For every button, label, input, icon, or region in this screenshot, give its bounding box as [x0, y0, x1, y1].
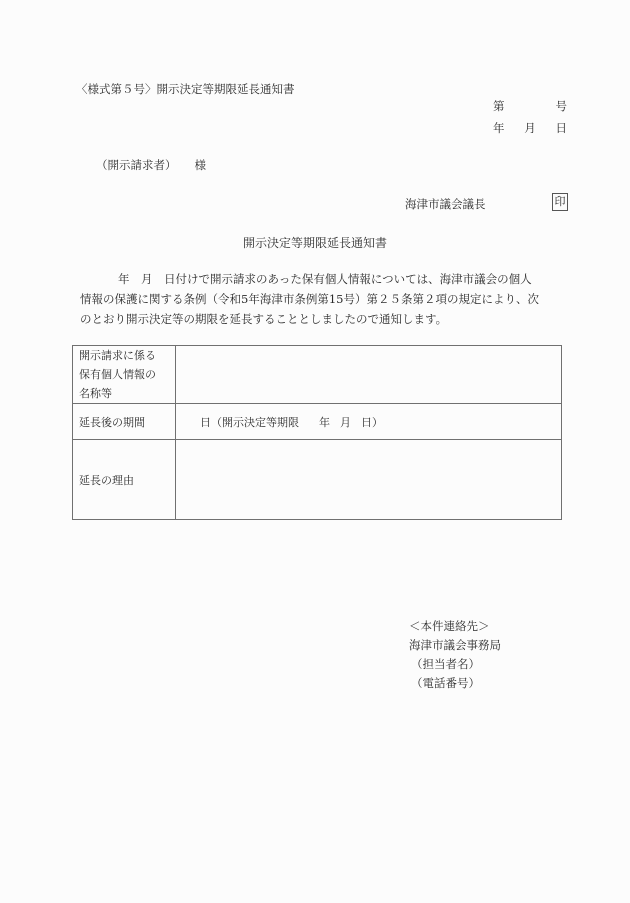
notice-body: 年 月 日付けで開示請求のあった保有個人情報については、海津市議会の個人 情報の… [80, 269, 570, 329]
table-row-extended-period: 延長後の期間 日（開示決定等期限年月日） [73, 404, 562, 440]
period-year: 年 [319, 416, 330, 429]
seal-stamp-icon: 印 [552, 193, 568, 211]
period-day: 日） [361, 416, 383, 429]
contact-heading: ＜本件連絡先＞ [409, 617, 501, 636]
number-prefix: 第 [493, 98, 505, 114]
extension-details-table: 開示請求に係る 保有個人情報の 名称等 延長後の期間 日（開示決定等期限年月日）… [72, 345, 562, 520]
label-line: 保有個人情報の [79, 365, 169, 384]
period-days: 日 [200, 416, 211, 429]
table-row-info-name: 開示請求に係る 保有個人情報の 名称等 [73, 346, 562, 404]
document-number-line: 第 号 [493, 98, 567, 114]
document-date-line: 年 月 日 [493, 120, 567, 136]
form-number-label: 〈様式第５号〉開示決定等期限延長通知書 [76, 81, 295, 97]
contact-office: 海津市議会事務局 [409, 636, 501, 655]
value-reason[interactable] [176, 440, 562, 520]
contact-info: ＜本件連絡先＞ 海津市議会事務局 （担当者名） （電話番号） [409, 617, 501, 693]
label-info-name: 開示請求に係る 保有個人情報の 名称等 [73, 346, 176, 404]
addressee-name: （開示請求者） [96, 158, 177, 172]
addressee-honorific: 様 [195, 158, 207, 172]
date-day: 日 [556, 120, 568, 136]
label-reason: 延長の理由 [73, 440, 176, 520]
addressee: （開示請求者）様 [96, 157, 206, 173]
period-open-paren: （開示決定等期限 [211, 416, 299, 429]
body-line-2: 情報の保護に関する条例（令和5年海津市条例第15号）第２５条第２項の規定により、… [80, 289, 570, 309]
label-line: 名称等 [79, 384, 169, 403]
value-info-name[interactable] [176, 346, 562, 404]
contact-phone: （電話番号） [409, 674, 501, 693]
body-line-3: のとおり開示決定等の期限を延長することとしましたので通知します。 [80, 309, 570, 329]
sender-name: 海津市議会議長 [405, 196, 486, 212]
body-line-1: 年 月 日付けで開示請求のあった保有個人情報については、海津市議会の個人 [80, 269, 570, 289]
label-extended-period: 延長後の期間 [73, 404, 176, 440]
number-suffix: 号 [556, 98, 568, 114]
value-extended-period[interactable]: 日（開示決定等期限年月日） [176, 404, 562, 440]
label-line: 開示請求に係る [79, 346, 169, 365]
table-row-reason: 延長の理由 [73, 440, 562, 520]
date-month: 月 [524, 120, 536, 136]
contact-person: （担当者名） [409, 655, 501, 674]
date-year: 年 [493, 120, 505, 136]
period-month: 月 [340, 416, 351, 429]
document-title: 開示決定等期限延長通知書 [0, 234, 630, 251]
